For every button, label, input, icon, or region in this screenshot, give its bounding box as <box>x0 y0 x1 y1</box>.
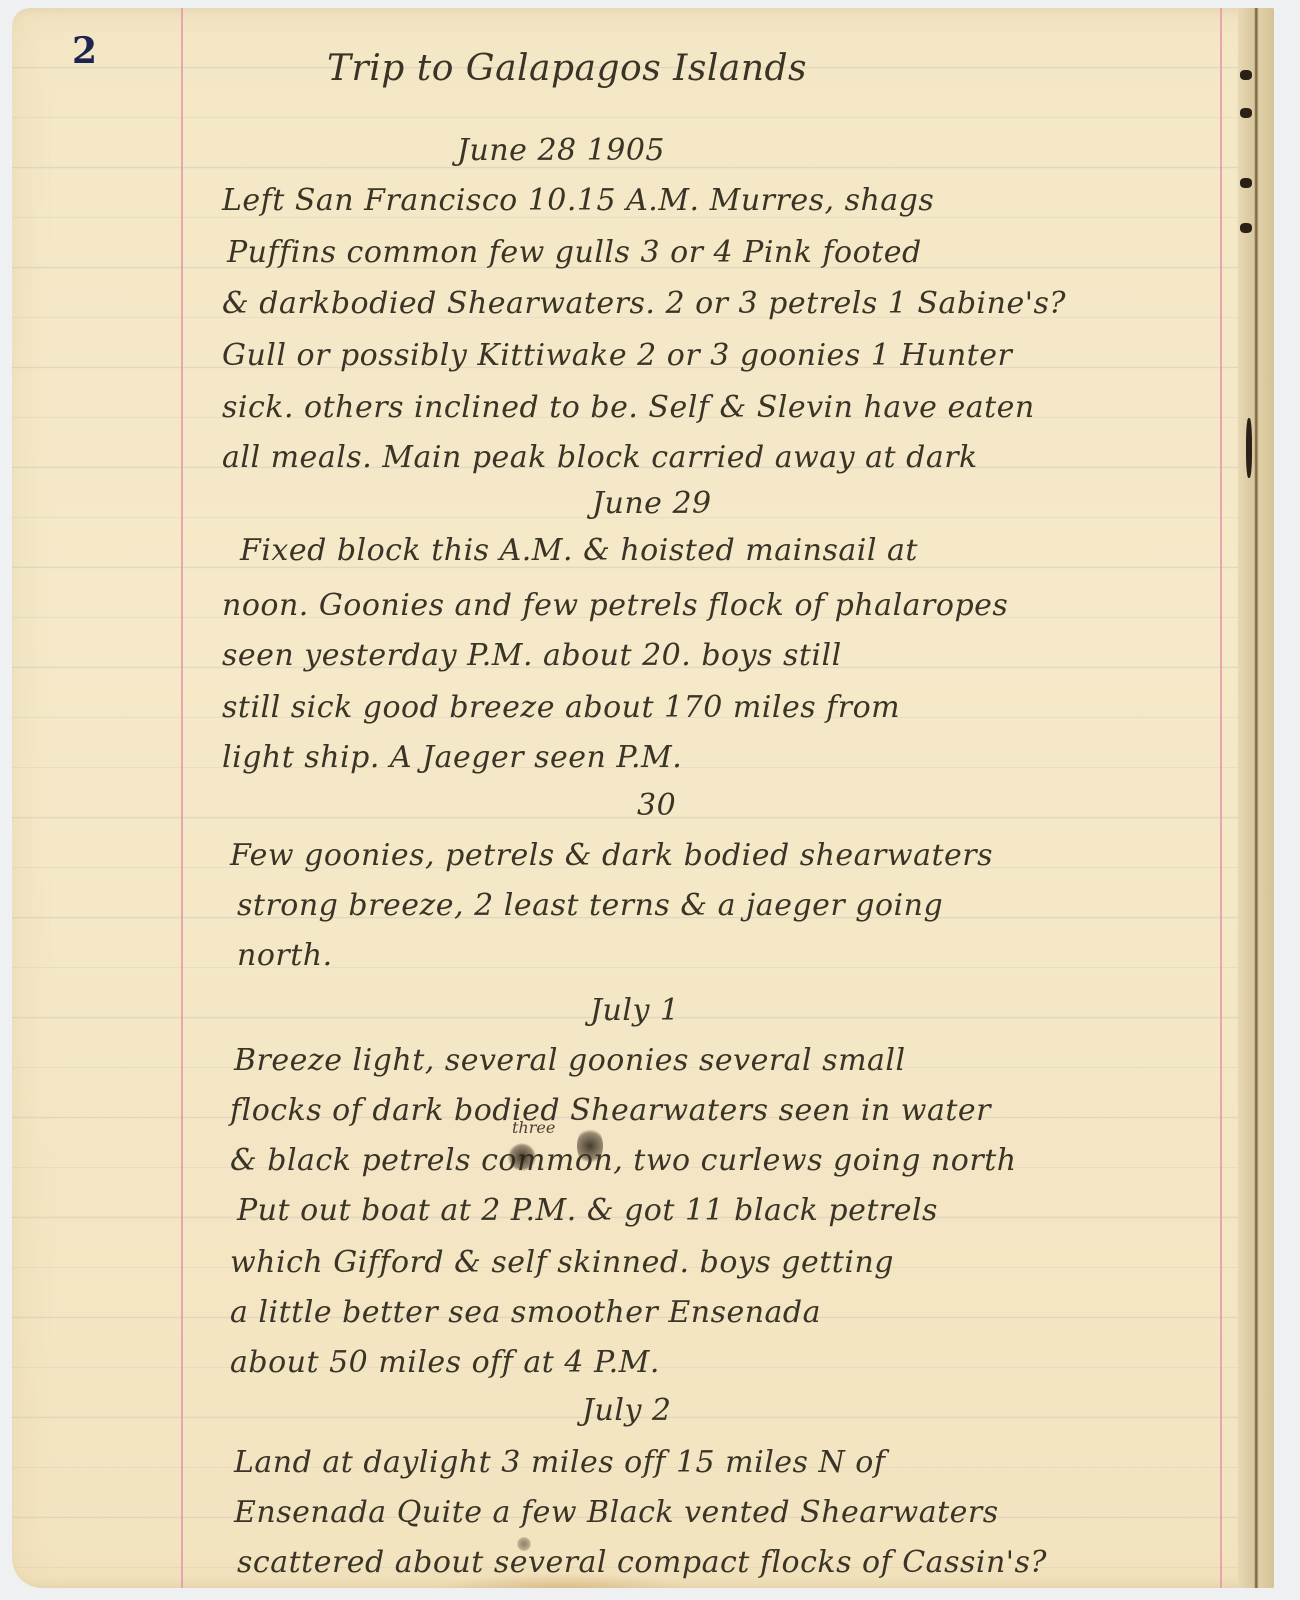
entry-line: Gull or possibly Kittiwake 2 or 3 goonie… <box>222 338 1012 373</box>
entry-line: Breeze light, several goonies several sm… <box>234 1043 906 1078</box>
inserted-word: three <box>512 1118 555 1137</box>
entry-line: Ensenada Quite a few Black vented Shearw… <box>234 1495 999 1530</box>
entry-line: which Gifford & self skinned. boys getti… <box>230 1245 894 1280</box>
entry-line: Land at daylight 3 miles off 15 miles N … <box>234 1445 885 1480</box>
entry-line: noon. Goonies and few petrels flock of p… <box>222 588 1008 623</box>
left-margin-line <box>181 8 183 1588</box>
entry-line: still sick good breeze about 170 miles f… <box>222 690 900 725</box>
binding-hole <box>1240 223 1252 233</box>
ink-blot <box>577 1126 603 1166</box>
entry-date: June 28 1905 <box>457 133 665 168</box>
ink-blot <box>507 1143 537 1171</box>
entry-date: July 2 <box>582 1393 672 1428</box>
entry-line: Few goonies, petrels & dark bodied shear… <box>230 838 993 873</box>
journal-page: 2 Trip to Galapagos Islands June 28 1905… <box>12 8 1274 1588</box>
entry-date: 30 <box>637 788 676 823</box>
entry-line: light ship. A Jaeger seen P.M. <box>222 740 682 775</box>
entry-line: all meals. Main peak block carried away … <box>222 440 978 475</box>
entry-line: about 50 miles off at 4 P.M. <box>230 1345 660 1380</box>
entry-line: seen yesterday P.M. about 20. boys still <box>222 638 842 673</box>
binding-hole <box>1240 108 1252 118</box>
entry-line: north. <box>237 938 333 973</box>
entry-date: June 29 <box>592 486 712 521</box>
entry-line: & darkbodied Shearwaters. 2 or 3 petrels… <box>222 286 1066 321</box>
entry-line: Put out boat at 2 P.M. & got 11 black pe… <box>237 1193 938 1228</box>
binding-hole <box>1240 70 1252 80</box>
entry-line: Fixed block this A.M. & hoisted mainsail… <box>240 533 918 568</box>
entry-line: flocks of dark bodied Shearwaters seen i… <box>230 1093 991 1128</box>
entry-line: & black petrels common, two curlews goin… <box>230 1143 1017 1178</box>
page-title: Trip to Galapagos Islands <box>327 48 807 89</box>
entry-line: Left San Francisco 10.15 A.M. Murres, sh… <box>222 183 934 218</box>
entry-date: July 1 <box>590 993 680 1028</box>
binding-tear <box>1246 418 1252 478</box>
page-number: 2 <box>72 30 97 72</box>
water-stain <box>432 1573 692 1588</box>
entry-line: sick. others inclined to be. Self & Slev… <box>222 390 1035 425</box>
entry-line: strong breeze, 2 least terns & a jaeger … <box>237 888 943 923</box>
right-margin-line <box>1220 8 1222 1588</box>
entry-line: a little better sea smoother Ensenada <box>230 1295 821 1330</box>
ink-blot <box>517 1536 531 1552</box>
binding-hole <box>1240 178 1252 188</box>
entry-line: Puffins common few gulls 3 or 4 Pink foo… <box>227 235 922 270</box>
notebook-binding-edge <box>1238 8 1274 1588</box>
